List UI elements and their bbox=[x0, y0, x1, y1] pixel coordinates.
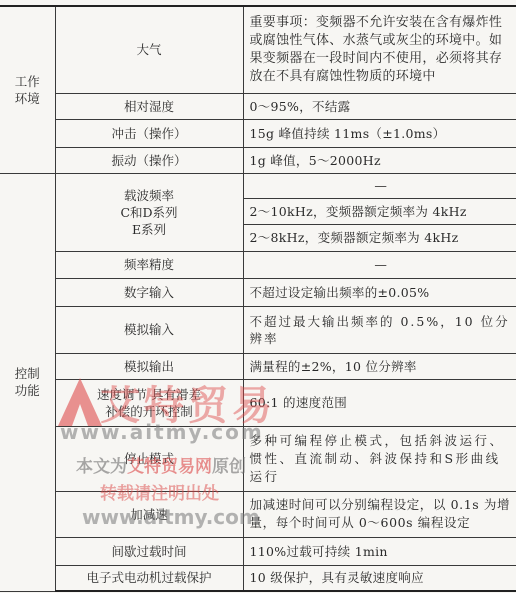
item-analog-input: 模拟输入 bbox=[55, 306, 243, 353]
value-speed-regulation: 60:1 的速度范围 bbox=[243, 379, 516, 426]
value-acceleration-deceleration: 加减速时间可以分别编程设定，以 0.1s 为增量，每个时间可从 0～600s 编… bbox=[243, 491, 516, 537]
value-analog-output: 满量程的±2%，10 位分辨率 bbox=[243, 353, 516, 379]
item-speed-regulation: 速度调节 具有滑差 补偿的开环控制 bbox=[55, 379, 243, 426]
value-stop-mode: 多种可编程停止模式，包括斜波运行、惯性、直流制动、斜波保持和S形曲线运行 bbox=[243, 426, 516, 491]
table-row: 模拟输出 满量程的±2%，10 位分辨率 bbox=[0, 353, 516, 379]
item-relative-humidity: 相对湿度 bbox=[55, 93, 243, 119]
item-intermittent-overload: 间歇过载时间 bbox=[55, 537, 243, 565]
value-carrier-frequency-e-series: 2～8kHz，变频器额定频率为 4kHz bbox=[243, 224, 516, 251]
item-vibration: 振动（操作） bbox=[55, 147, 243, 173]
value-carrier-frequency-cd-series: 2～10kHz，变频器额定频率为 4kHz bbox=[243, 198, 516, 224]
value-carrier-frequency-general: — bbox=[243, 173, 516, 198]
item-frequency-accuracy: 频率精度 bbox=[55, 251, 243, 278]
item-stop-mode: 停止模式 bbox=[55, 426, 243, 491]
empty-dash: — bbox=[250, 177, 513, 194]
value-vibration: 1g 峰值，5～2000Hz bbox=[243, 147, 516, 173]
value-intermittent-overload: 110%过载可持续 1min bbox=[243, 537, 516, 565]
item-atmosphere: 大气 bbox=[55, 6, 243, 93]
table-row: 冲击（操作） 15g 峰值持续 11ms（±1.0ms） bbox=[0, 119, 516, 147]
value-analog-input: 不超过最大输出频率的 0.5%，10 位分辨率 bbox=[243, 306, 516, 353]
table-row: 相对湿度 0～95%，不结露 bbox=[0, 93, 516, 119]
table-row: 电子式电动机过载保护 10 级保护，具有灵敏速度响应 bbox=[0, 565, 516, 591]
table-row: 频率精度 — bbox=[0, 251, 516, 278]
item-analog-output: 模拟输出 bbox=[55, 353, 243, 379]
value-digital-input: 不超过设定输出频率的±0.05% bbox=[243, 278, 516, 306]
value-atmosphere: 重要事项：变频器不允许安装在含有爆炸性或腐蚀性气体、水蒸气或灰尘的环境中。如果变… bbox=[243, 6, 516, 93]
table-row: 间歇过载时间 110%过载可持续 1min bbox=[0, 537, 516, 565]
table-row: 控制 功能 载波频率 C和D系列 E系列 — bbox=[0, 173, 516, 198]
item-digital-input: 数字输入 bbox=[55, 278, 243, 306]
value-frequency-accuracy: — bbox=[243, 251, 516, 278]
item-motor-overload-protection: 电子式电动机过载保护 bbox=[55, 565, 243, 591]
table-row: 振动（操作） 1g 峰值，5～2000Hz bbox=[0, 147, 516, 173]
table-row: 模拟输入 不超过最大输出频率的 0.5%，10 位分辨率 bbox=[0, 306, 516, 353]
table-row: 加减速 加减速时间可以分别编程设定，以 0.1s 为增量，每个时间可从 0～60… bbox=[0, 491, 516, 537]
table-row: 速度调节 具有滑差 补偿的开环控制 60:1 的速度范围 bbox=[0, 379, 516, 426]
item-shock: 冲击（操作） bbox=[55, 119, 243, 147]
category-cell-control-function: 控制 功能 bbox=[0, 173, 55, 591]
spec-document: 工作 环境 大气 重要事项：变频器不允许安装在含有爆炸性或腐蚀性气体、水蒸气或灰… bbox=[0, 0, 516, 593]
table-row: 数字输入 不超过设定输出频率的±0.05% bbox=[0, 278, 516, 306]
category-label: 工作 环境 bbox=[0, 73, 55, 107]
category-cell-work-environment: 工作 环境 bbox=[0, 6, 55, 173]
inverter-spec-table: 工作 环境 大气 重要事项：变频器不允许安装在含有爆炸性或腐蚀性气体、水蒸气或灰… bbox=[0, 5, 516, 592]
value-motor-overload-protection: 10 级保护，具有灵敏速度响应 bbox=[243, 565, 516, 591]
item-acceleration-deceleration: 加减速 bbox=[55, 491, 243, 537]
value-relative-humidity: 0～95%，不结露 bbox=[243, 93, 516, 119]
table-row: 停止模式 多种可编程停止模式，包括斜波运行、惯性、直流制动、斜波保持和S形曲线运… bbox=[0, 426, 516, 491]
table-row: 工作 环境 大气 重要事项：变频器不允许安装在含有爆炸性或腐蚀性气体、水蒸气或灰… bbox=[0, 6, 516, 93]
category-label: 控制 功能 bbox=[0, 365, 55, 399]
empty-dash: — bbox=[250, 256, 513, 273]
value-shock: 15g 峰值持续 11ms（±1.0ms） bbox=[243, 119, 516, 147]
item-carrier-frequency: 载波频率 C和D系列 E系列 bbox=[55, 173, 243, 251]
